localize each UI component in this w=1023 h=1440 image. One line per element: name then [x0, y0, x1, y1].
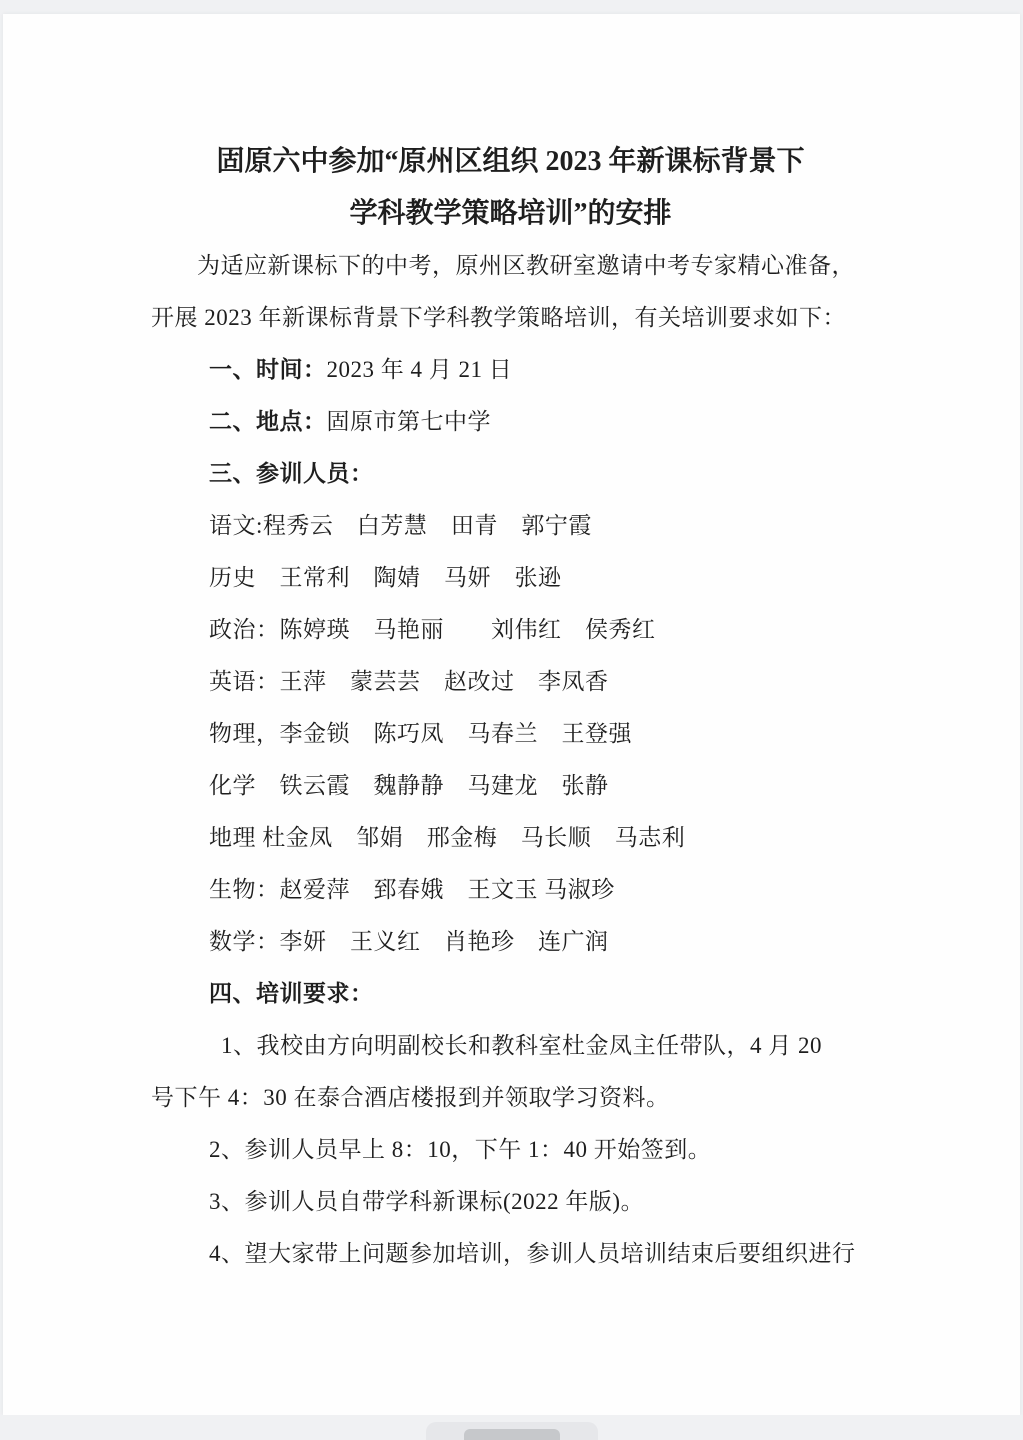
participants-line-chinese: 语文:程秀云 白芳慧 田青 郭宁霞	[151, 500, 870, 552]
intro-line-2: 开展 2023 年新课标背景下学科教学策略培训，有关培训要求如下：	[151, 292, 870, 344]
participants-line-biology: 生物：赵爱萍 郅春娥 王文玉 马淑珍	[151, 864, 870, 916]
participants-line-history: 历史 王常利 陶婧 马妍 张逊	[151, 552, 870, 604]
requirement-line-2: 2、参训人员早上 8：10，下午 1：40 开始签到。	[151, 1124, 870, 1176]
participants-line-physics: 物理，李金锁 陈巧凤 马春兰 王登强	[151, 708, 870, 760]
doc-title-line-2: 学科教学策略培训”的安排	[151, 188, 870, 240]
section-place-label: 二、地点：	[209, 409, 327, 434]
requirement-line-1b: 号下午 4：30 在泰合酒店楼报到并领取学习资料。	[151, 1072, 870, 1124]
requirement-line-1a: 1、我校由方向明副校长和教科室杜金凤主任带队，4 月 20	[151, 1020, 870, 1072]
section-time-value: 2023 年 4 月 21 日	[327, 357, 513, 382]
bottom-bar	[0, 1415, 1023, 1440]
participants-line-politics: 政治：陈婷瑛 马艳丽 刘伟红 侯秀红	[151, 604, 870, 656]
doc-title-line-1: 固原六中参加“原州区组织 2023 年新课标背景下	[151, 136, 870, 188]
intro-line-1: 为适应新课标下的中考，原州区教研室邀请中考专家精心准备，	[151, 240, 870, 292]
section-requirements-heading: 四、培训要求：	[151, 968, 870, 1020]
section-place-value: 固原市第七中学	[327, 409, 492, 434]
document-page: 固原六中参加“原州区组织 2023 年新课标背景下 学科教学策略培训”的安排 为…	[3, 14, 1020, 1415]
participants-line-english: 英语：王萍 蒙芸芸 赵改过 李凤香	[151, 656, 870, 708]
section-time: 一、时间：2023 年 4 月 21 日	[151, 344, 870, 396]
drag-handle	[464, 1429, 560, 1440]
section-participants-heading: 三、参训人员：	[151, 448, 870, 500]
requirement-line-3: 3、参训人员自带学科新课标(2022 年版)。	[151, 1176, 870, 1228]
participants-line-geography: 地理 杜金凤 邹娟 邢金梅 马长顺 马志利	[151, 812, 870, 864]
document-content: 固原六中参加“原州区组织 2023 年新课标背景下 学科教学策略培训”的安排 为…	[3, 14, 1020, 1280]
participants-line-chemistry: 化学 铁云霞 魏静静 马建龙 张静	[151, 760, 870, 812]
participants-line-math: 数学：李妍 王义红 肖艳珍 连广润	[151, 916, 870, 968]
requirement-line-4: 4、望大家带上问题参加培训，参训人员培训结束后要组织进行	[151, 1228, 870, 1280]
section-place: 二、地点：固原市第七中学	[151, 396, 870, 448]
section-time-label: 一、时间：	[209, 357, 327, 382]
